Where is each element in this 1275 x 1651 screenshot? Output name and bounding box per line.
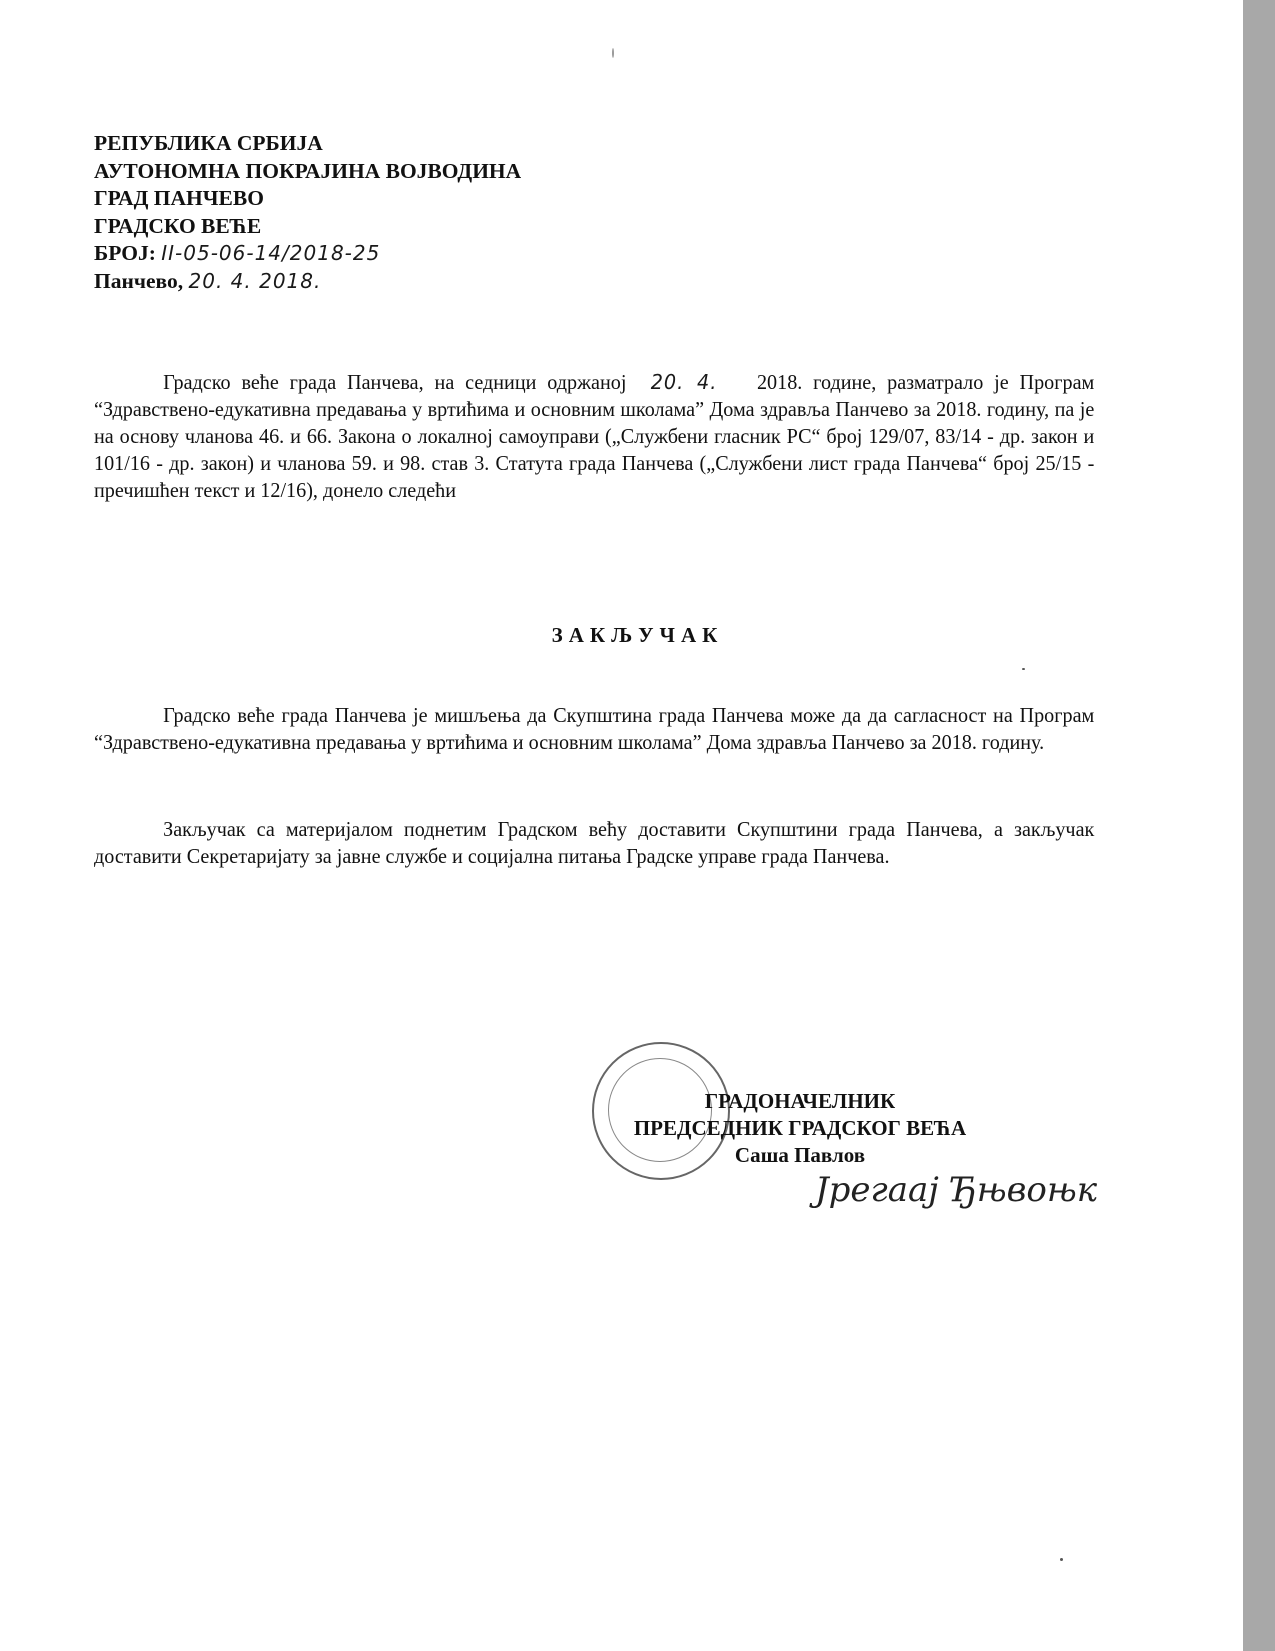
number-label: БРОЈ: [94,241,156,265]
conclusion-paragraph-1: Градско веће града Панчева је мишљења да… [94,702,1094,756]
scan-speck [1022,668,1025,670]
document-date: Панчево, 20. 4. 2018. [94,268,521,296]
document-header: РЕПУБЛИКА СРБИЈА АУТОНОМНА ПОКРАЈИНА ВОЈ… [94,130,521,295]
header-line-province: АУТОНОМНА ПОКРАЈИНА ВОЈВОДИНА [94,158,521,186]
header-line-city: ГРАД ПАНЧЕВО [94,185,521,213]
signatory-title-mayor: ГРАДОНАЧЕЛНИК [590,1088,1010,1115]
signatory-title-president: ПРЕДСЕДНИК ГРАДСКОГ ВЕЋА [590,1115,1010,1142]
place-label: Панчево, [94,269,183,293]
conclusion-paragraph-2: Закључак са материјалом поднетим Градско… [94,816,1094,870]
scan-speck [1060,1558,1063,1561]
handwritten-session-date: 20. 4. [637,370,746,394]
header-line-republic: РЕПУБЛИКА СРБИЈА [94,130,521,158]
document-title: ЗАКЉУЧАК [0,623,1275,648]
document-number: БРОЈ: II-05-06-14/2018-25 [94,240,521,268]
date-value: 20. 4. 2018. [189,269,322,293]
handwritten-signature: Јрегаај Ђњвоњк [815,1170,1097,1210]
scan-edge-strip [1243,0,1275,1651]
header-line-council: ГРАДСКО ВЕЋЕ [94,213,521,241]
number-value: II-05-06-14/2018-25 [161,241,380,265]
scan-speck [612,48,614,58]
signatory-name: Саша Павлов [590,1142,1010,1169]
intro-paragraph: Градско веће града Панчева, на седници о… [94,369,1094,504]
signature-block: ГРАДОНАЧЕЛНИК ПРЕДСЕДНИК ГРАДСКОГ ВЕЋА С… [590,1088,1010,1169]
